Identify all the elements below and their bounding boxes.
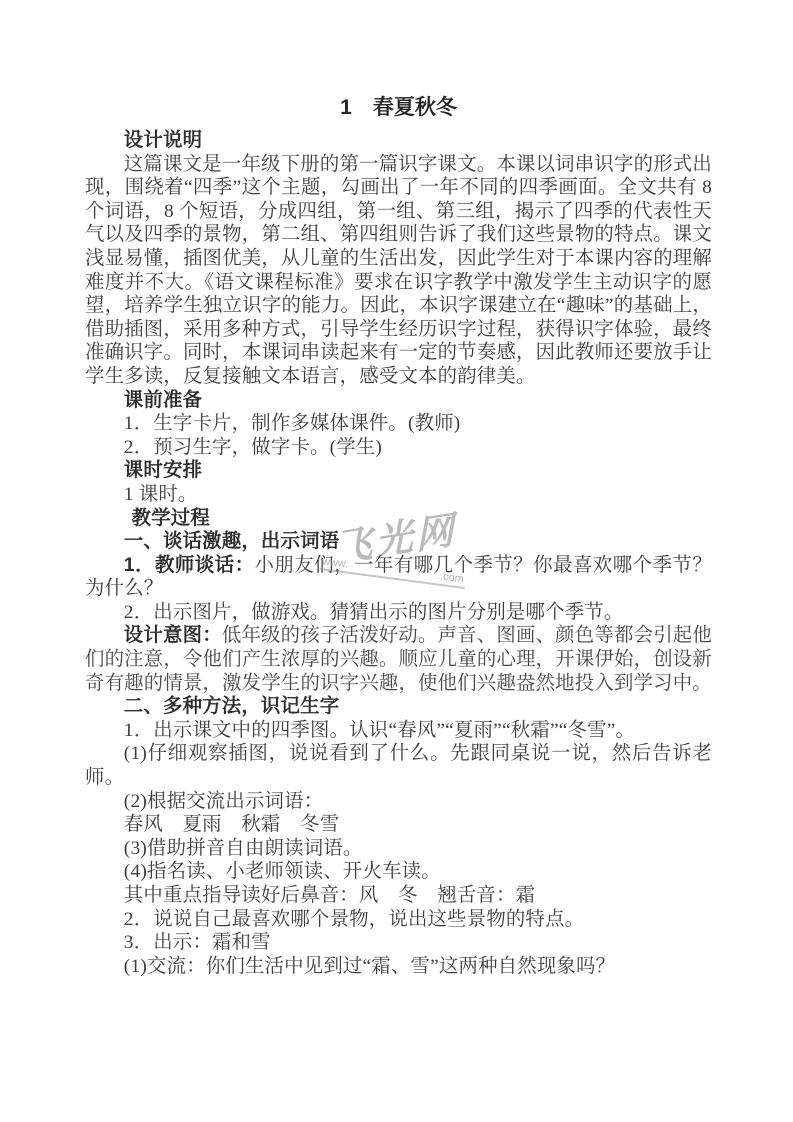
- section-heading: 课时安排: [85, 459, 712, 483]
- document-body: 设计说明这篇课文是一年级下册的第一篇识字课文。本课以词串识字的形式出现，围绕着“…: [85, 129, 712, 978]
- document-content: 1 春夏秋冬 设计说明这篇课文是一年级下册的第一篇识字课文。本课以词串识字的形式…: [85, 95, 712, 978]
- paragraph: 2．出示图片，做游戏。猜猜出示的图片分别是哪个季节。: [85, 601, 712, 625]
- paragraph: 1 课时。: [85, 483, 712, 507]
- paragraph: (3)借助拼音自由朗读词语。: [85, 837, 712, 861]
- paragraph: 1．生字卡片，制作多媒体课件。(教师): [85, 412, 712, 436]
- paragraph: (4)指名读、小老师领读、开火车读。: [85, 860, 712, 884]
- paragraph: 这篇课文是一年级下册的第一篇识字课文。本课以词串识字的形式出现，围绕着“四季”这…: [85, 153, 712, 389]
- section-heading: 教学过程: [85, 507, 712, 531]
- paragraph: 2．说说自己最喜欢哪个景物，说出这些景物的特点。: [85, 908, 712, 932]
- paragraph: (1)交流：你们生活中见到过“霜、雪”这两种自然现象吗？: [85, 955, 712, 979]
- paragraph: 设计意图：低年级的孩子活泼好动。声音、图画、颜色等都会引起他们的注意，令他们产生…: [85, 624, 712, 695]
- paragraph: 3．出示：霜和雪: [85, 931, 712, 955]
- document-page: 飞光网 www. .com 1 春夏秋冬 设计说明这篇课文是一年级下册的第一篇识…: [0, 0, 793, 1122]
- page-title: 1 春夏秋冬: [85, 95, 712, 121]
- paragraph-lead: 1．教师谈话：: [124, 554, 255, 576]
- paragraph: 1．出示课文中的四季图。认识“春风”“夏雨”“秋霜”“冬雪”。: [85, 719, 712, 743]
- paragraph: 春风 夏雨 秋霜 冬雪: [85, 813, 712, 837]
- paragraph: 2．预习生字，做字卡。(学生): [85, 436, 712, 460]
- paragraph: 其中重点指导读好后鼻音：风 冬 翘舌音：霜: [85, 884, 712, 908]
- section-heading: 一、谈话激趣，出示词语: [85, 530, 712, 554]
- paragraph: 1．教师谈话：小朋友们，一年有哪几个季节？你最喜欢哪个季节？为什么？: [85, 554, 712, 601]
- section-heading: 二、多种方法，识记生字: [85, 695, 712, 719]
- paragraph: (1)仔细观察插图，说说看到了什么。先跟同桌说一说，然后告诉老师。: [85, 742, 712, 789]
- paragraph: (2)根据交流出示词语：: [85, 790, 712, 814]
- section-heading: 课前准备: [85, 389, 712, 413]
- paragraph-lead: 设计意图：: [124, 624, 222, 646]
- section-heading: 设计说明: [85, 129, 712, 153]
